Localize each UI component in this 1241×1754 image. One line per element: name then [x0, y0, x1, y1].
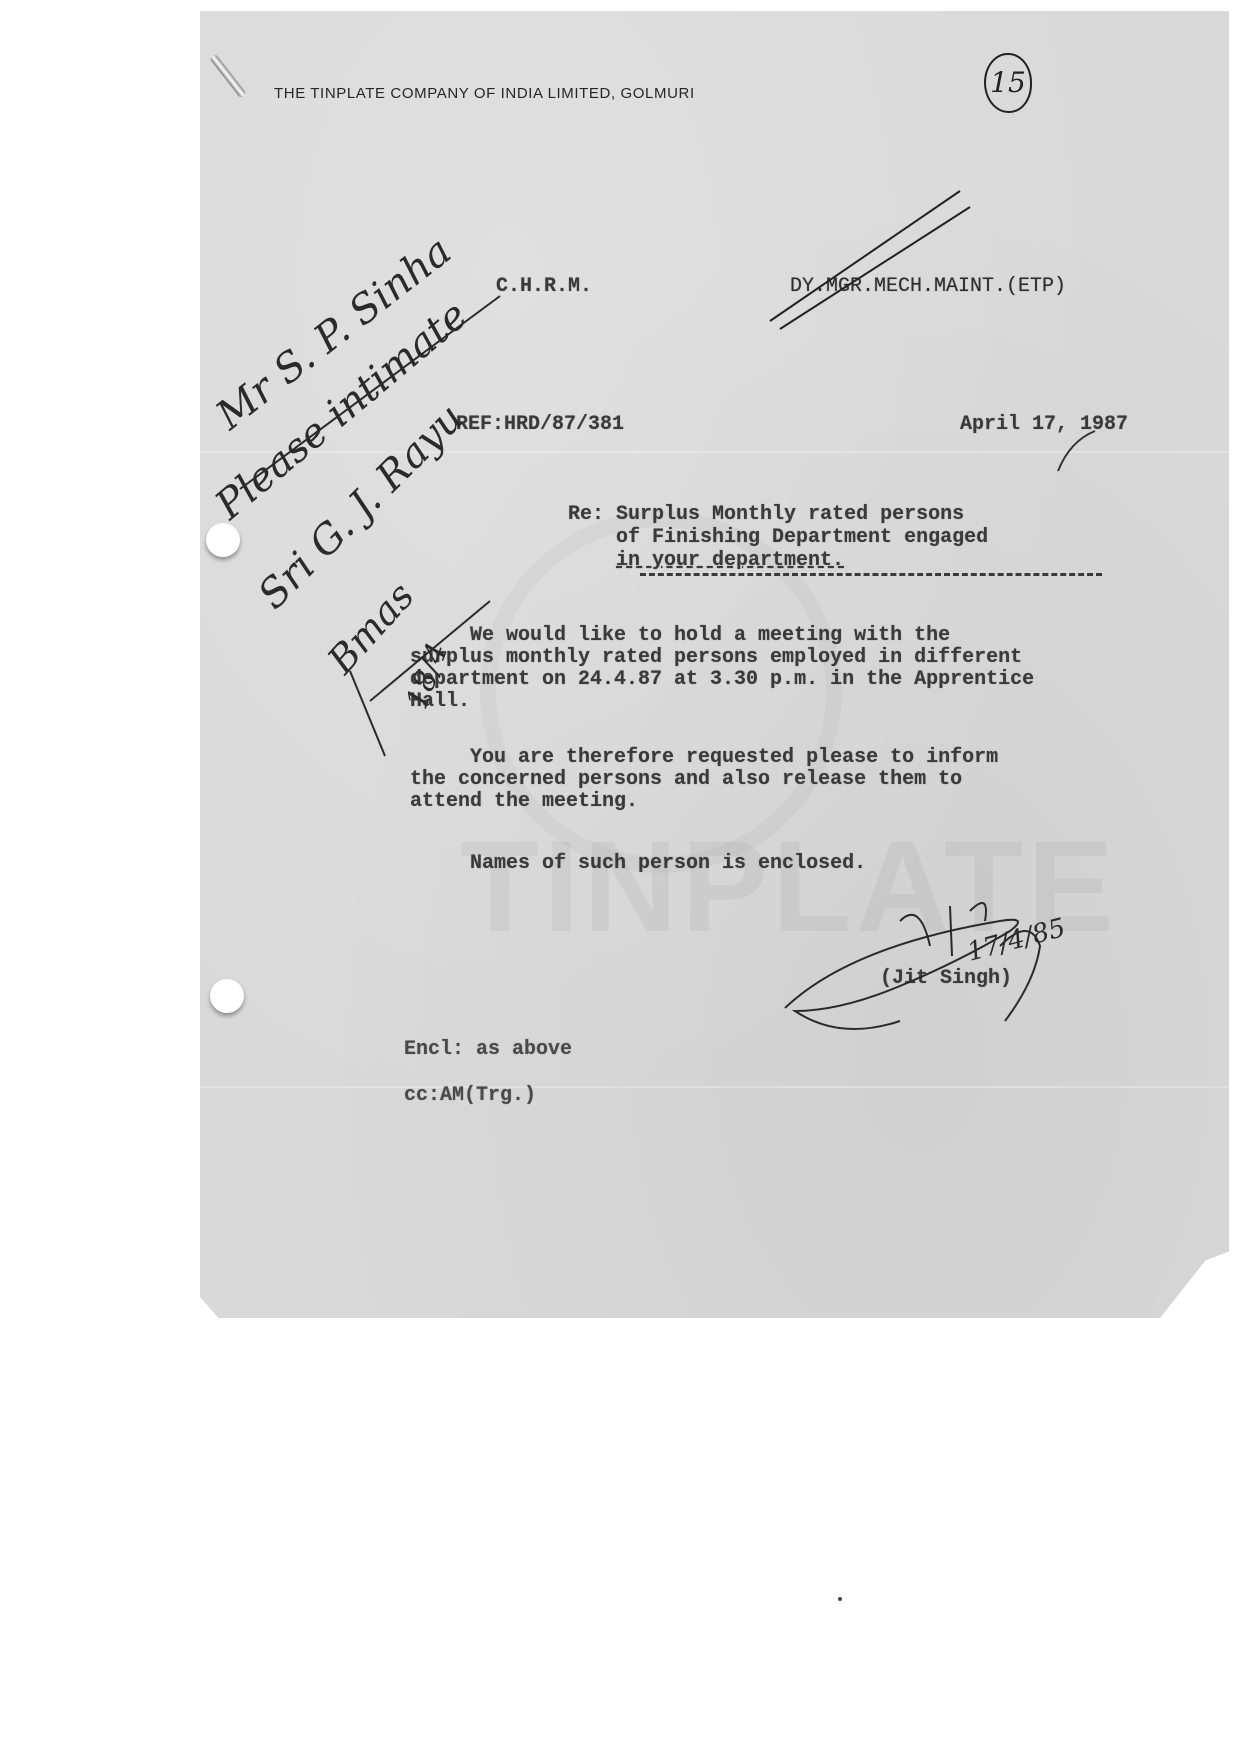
body-paragraph-2: You are therefore requested please to in… — [410, 747, 998, 813]
subject-prefix: Re: — [568, 503, 604, 526]
signatory-name: (Jit Singh) — [880, 967, 1012, 990]
handwritten-line-2: Please intimate — [206, 292, 476, 529]
scanned-letter-page: TINPLATE THE TINPLATE COMPANY OF INDIA L… — [200, 11, 1229, 1318]
subject-line-2: of Finishing Department engaged — [616, 526, 988, 549]
memo-date: April 17, 1987 — [960, 413, 1128, 436]
enclosure-note: Encl: as above — [404, 1038, 572, 1061]
company-letterhead: THE TINPLATE COMPANY OF INDIA LIMITED, G… — [274, 85, 695, 102]
memo-to: C.H.R.M. — [496, 275, 592, 298]
scan-speck — [838, 1597, 842, 1601]
handwritten-initials: Bmas — [318, 574, 422, 683]
body-paragraph-1: We would like to hold a meeting with the… — [410, 625, 1034, 713]
memo-from: DY.MGR.MECH.MAINT.(ETP) — [790, 275, 1066, 298]
page-number-circled: 15 — [984, 53, 1032, 113]
subject-line-1: Surplus Monthly rated persons — [616, 503, 964, 526]
subject-underline — [640, 573, 1102, 576]
handwritten-line-3: Sri G. J. Rayu — [250, 395, 473, 618]
staple-icon — [209, 54, 246, 98]
fold-crease — [200, 1086, 1229, 1088]
subject-line-3: in your department. — [616, 549, 844, 572]
fold-crease — [200, 451, 1229, 453]
body-paragraph-3: Names of such person is enclosed. — [410, 853, 866, 875]
memo-reference: REF:HRD/87/381 — [456, 413, 624, 436]
watermark-text: TINPLATE — [460, 811, 1118, 961]
memo-subject: Re: Surplus Monthly rated persons of Fin… — [568, 503, 988, 572]
punch-hole — [206, 523, 240, 557]
handwritten-line-1: Mr S. P. Sinha — [207, 228, 460, 440]
cc-note: cc:AM(Trg.) — [404, 1084, 536, 1107]
punch-hole — [210, 979, 244, 1013]
